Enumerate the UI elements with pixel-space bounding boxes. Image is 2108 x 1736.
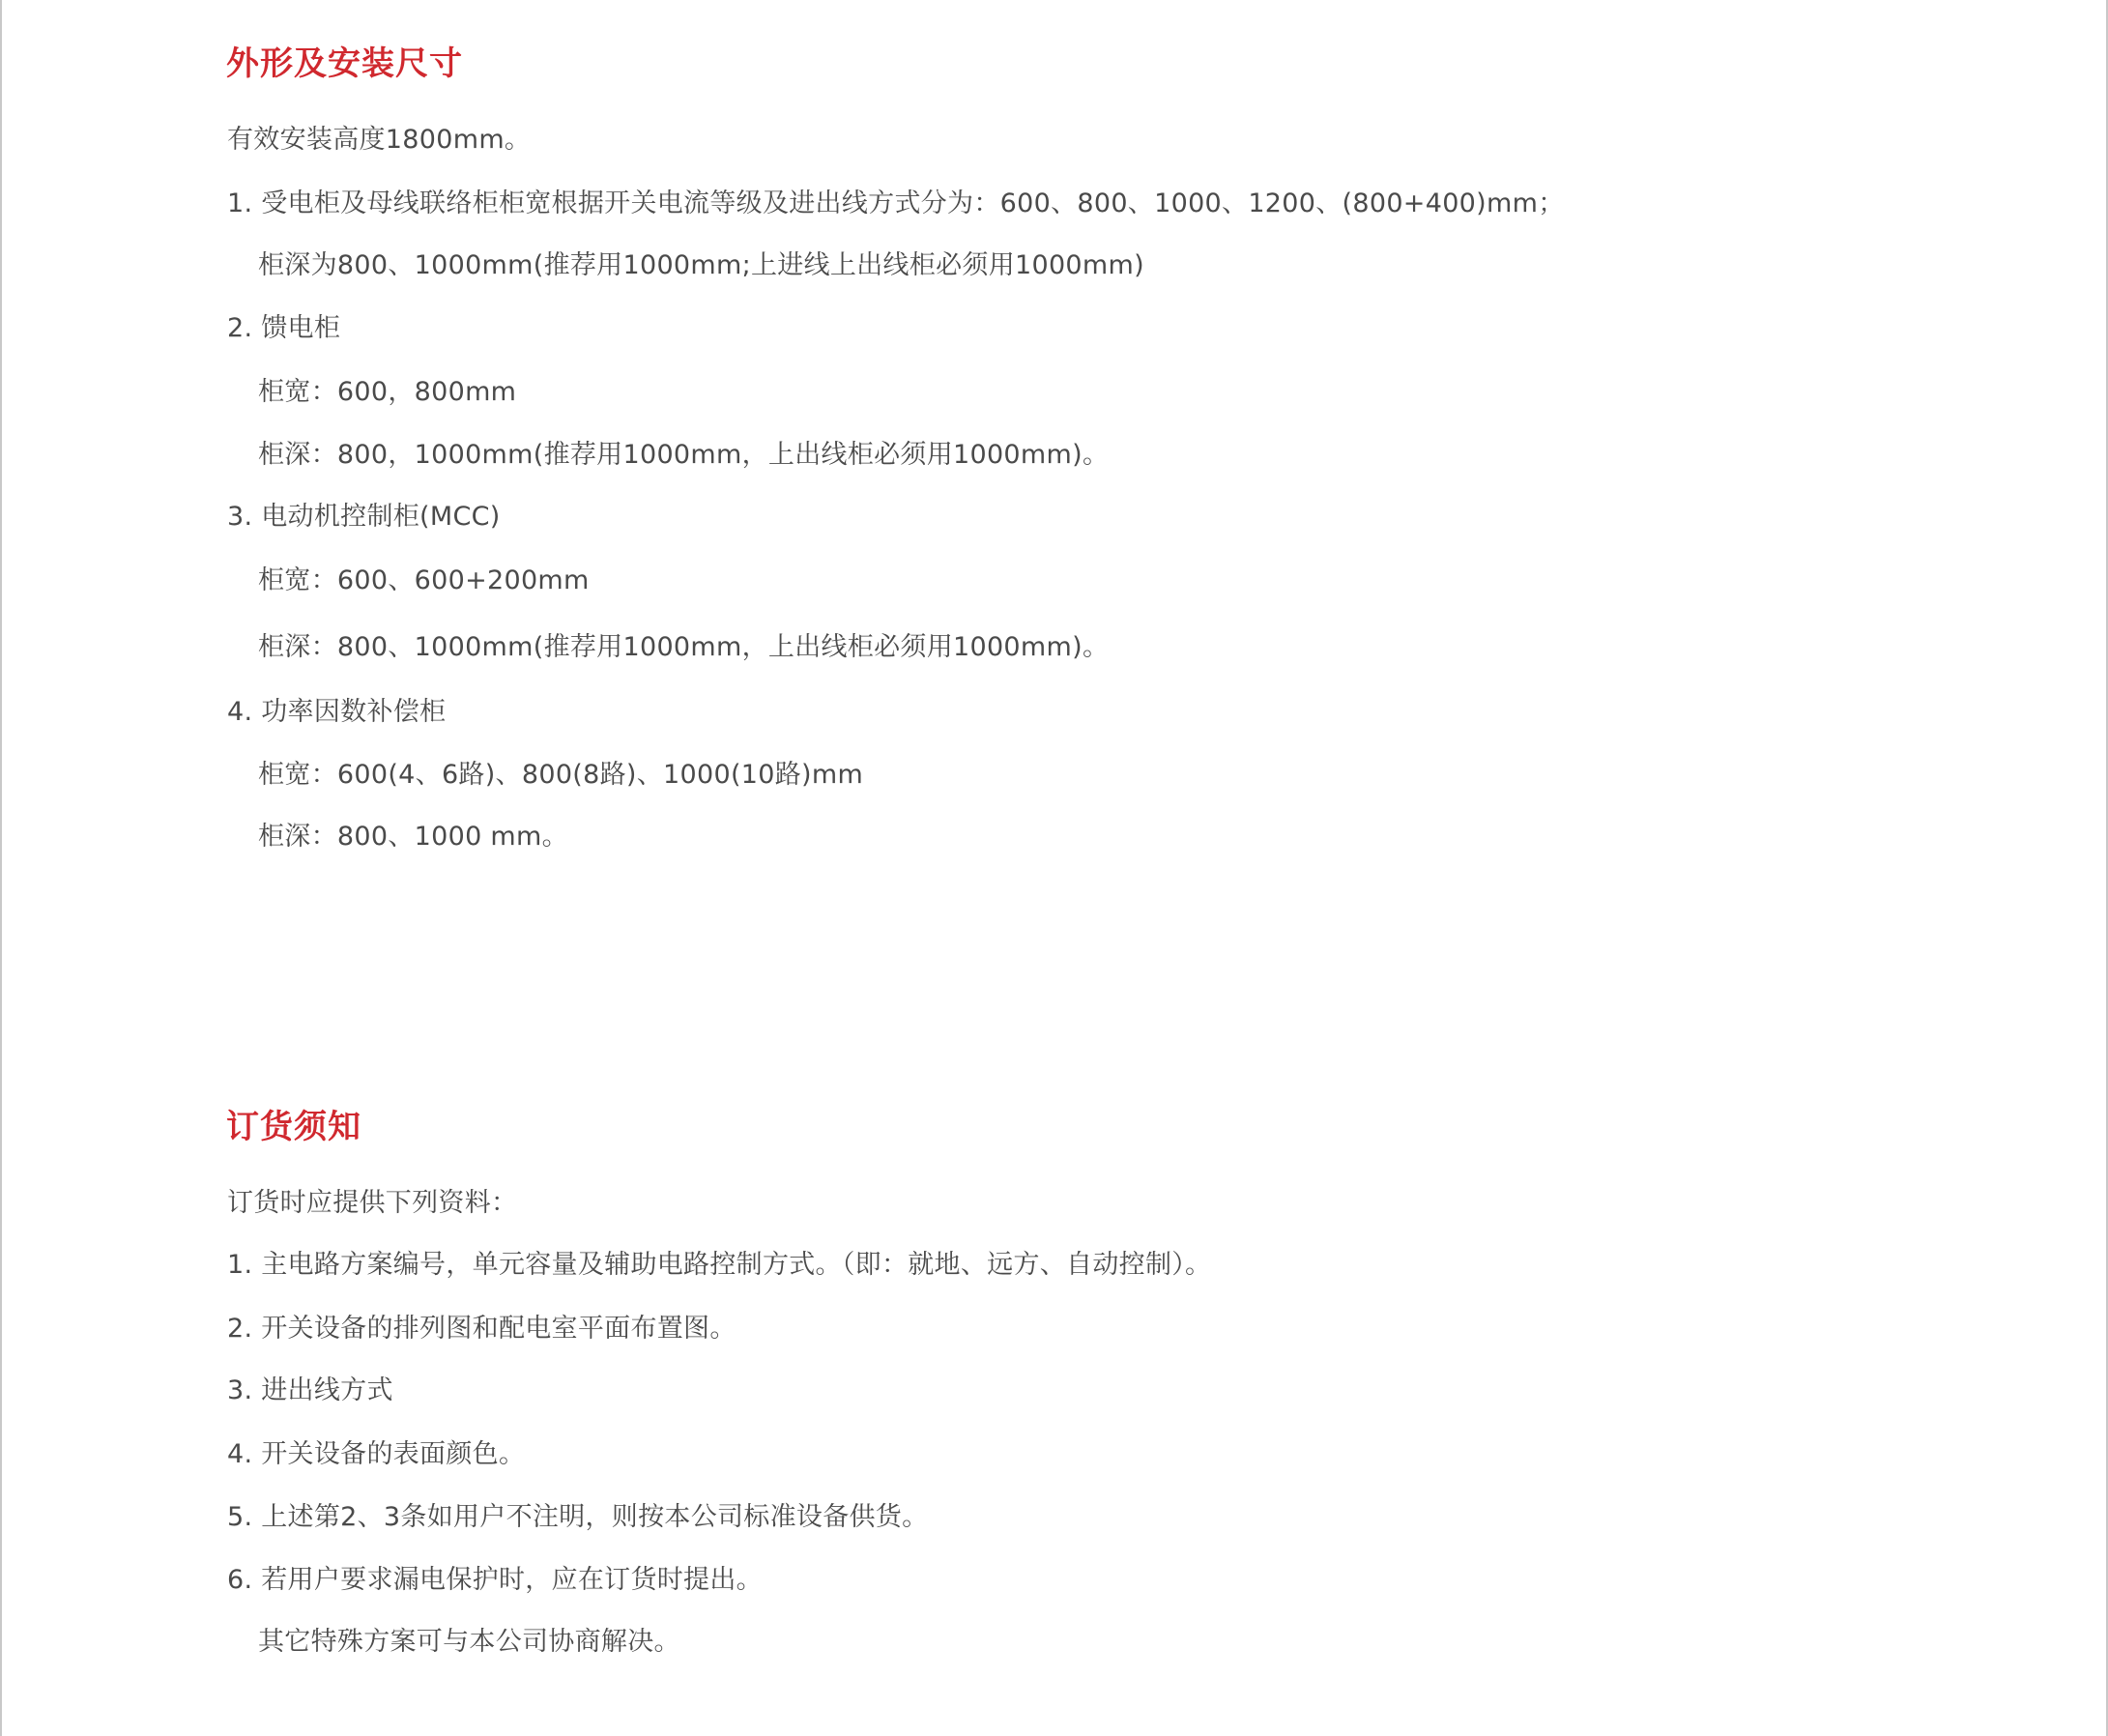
list-item-detail: 柜宽：600(4、6路)、800(8路)、1000(10路)mm bbox=[258, 759, 863, 792]
list-item: 3. 电动机控制柜(MCC) bbox=[227, 501, 501, 534]
text-line: 有效安装高度1800mm。 bbox=[227, 124, 531, 157]
list-item-detail: 柜宽：600，800mm bbox=[258, 376, 516, 409]
list-item: 1. 主电路方案编号，单元容量及辅助电路控制方式。（即：就地、远方、自动控制）。 bbox=[227, 1249, 1211, 1282]
list-item-detail: 柜深为800、1000mm(推荐用1000mm;上进线上出线柜必须用1000mm… bbox=[258, 249, 1144, 282]
list-item: 6. 若用户要求漏电保护时，应在订货时提出。 bbox=[227, 1564, 763, 1597]
list-item: 4. 开关设备的表面颜色。 bbox=[227, 1438, 525, 1471]
list-item-detail: 柜宽：600、600+200mm bbox=[258, 564, 590, 597]
list-item: 5. 上述第2、3条如用户不注明，则按本公司标准设备供货。 bbox=[227, 1501, 928, 1534]
list-item: 3. 进出线方式 bbox=[227, 1374, 393, 1407]
list-item-detail: 其它特殊方案可与本公司协商解决。 bbox=[258, 1626, 680, 1659]
list-item: 1. 受电柜及母线联络柜柜宽根据开关电流等级及进出线方式分为：600、800、1… bbox=[227, 188, 1565, 220]
list-item-detail: 柜深：800，1000mm(推荐用1000mm，上出线柜必须用1000mm)。 bbox=[258, 439, 1109, 472]
list-item: 4. 功率因数补偿柜 bbox=[227, 696, 446, 729]
list-item-detail: 柜深：800、1000mm(推荐用1000mm，上出线柜必须用1000mm)。 bbox=[258, 631, 1109, 664]
list-item: 2. 馈电柜 bbox=[227, 312, 340, 345]
section-title: 外形及安装尺寸 bbox=[226, 44, 463, 83]
list-item-detail: 柜深：800、1000 mm。 bbox=[258, 821, 568, 854]
left-border bbox=[0, 0, 2, 1736]
list-item: 2. 开关设备的排列图和配电室平面布置图。 bbox=[227, 1313, 736, 1345]
text-line: 订货时应提供下列资料： bbox=[227, 1187, 517, 1220]
section-title: 订货须知 bbox=[226, 1108, 361, 1146]
